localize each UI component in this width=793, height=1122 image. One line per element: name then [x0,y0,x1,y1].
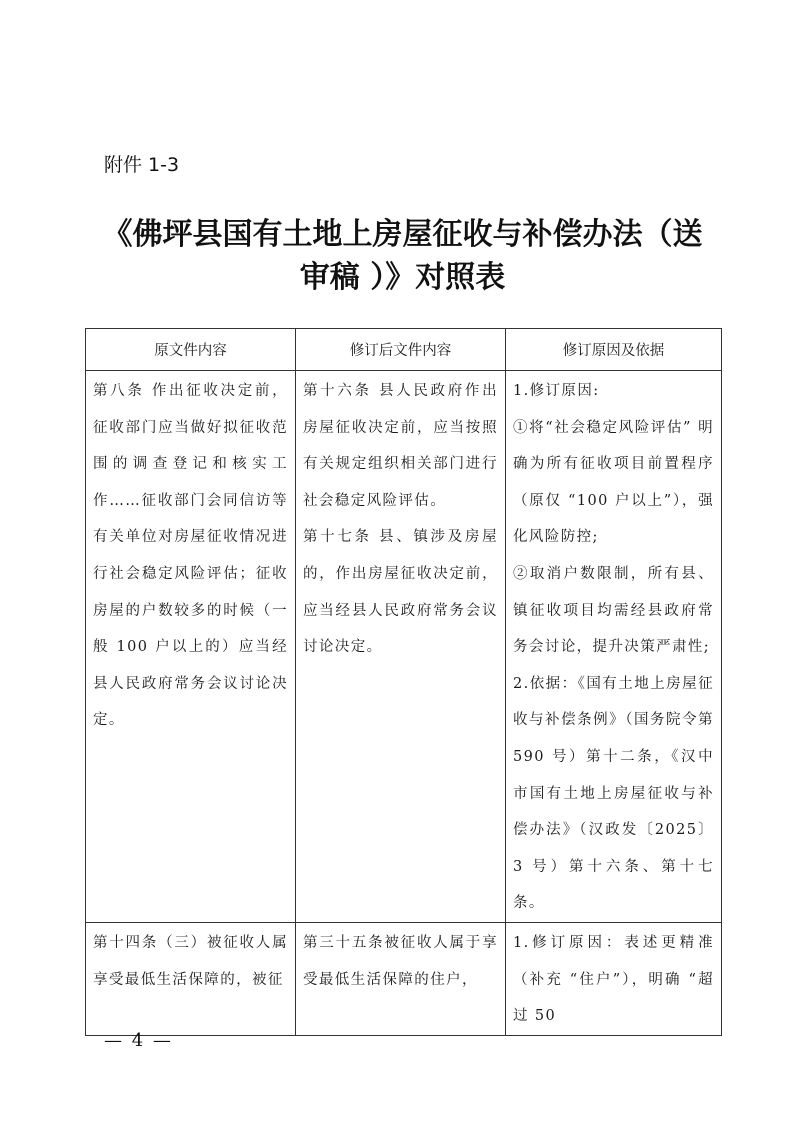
cell-original: 第八条 作出征收决定前，征收部门应当做好拟征收范围的调查登记和核实工作……征收部… [86,371,296,923]
page-number: — 4 — [104,1030,173,1051]
cell-revised: 第三十五条被征收人属于享受最低生活保障的住户， [296,922,506,1035]
header-reason: 修订原因及依据 [506,329,722,371]
paragraph: 2.依据：《国有土地上房屋征收与补偿条例》（国务院令第 590 号）第十二条，《… [513,666,714,922]
table-header-row: 原文件内容 修订后文件内容 修订原因及依据 [86,329,722,371]
paragraph: ②取消户数限制，所有县、镇征收项目均需经县政府常务会讨论，提升决策严肃性; [513,556,714,666]
paragraph: 第八条 作出征收决定前，征收部门应当做好拟征收范围的调查登记和核实工作……征收部… [93,373,288,739]
paragraph: 第十四条（三）被征收人属享受最低生活保障的，被征 [93,925,288,998]
table-row: 第八条 作出征收决定前，征收部门应当做好拟征收范围的调查登记和核实工作……征收部… [86,371,722,923]
comparison-table: 原文件内容 修订后文件内容 修订原因及依据 第八条 作出征收决定前，征收部门应当… [85,328,722,1036]
table-row: 第十四条（三）被征收人属享受最低生活保障的，被征 第三十五条被征收人属于享受最低… [86,922,722,1035]
title-line-2: 审稿 ）》对照表 [85,256,720,299]
cell-reason: 1.修订原因: ①将“社会稳定风险评估” 明确为所有征收项目前置程序（原仅 “1… [506,371,722,923]
title-line-1: 《佛坪县国有土地上房屋征收与补偿办法（送 [85,213,720,256]
paragraph: ①将“社会稳定风险评估” 明确为所有征收项目前置程序（原仅 “100 户以上”）… [513,410,714,556]
header-original: 原文件内容 [86,329,296,371]
paragraph: 1.修订原因：表述更精准（补充 “住户”），明确 “超过 50 [513,925,714,1035]
annex-label: 附件 1-3 [104,150,179,177]
paragraph: 第十七条 县、镇涉及房屋的，作出房屋征收决定前，应当经县人民政府常务会议讨论决定… [303,519,498,665]
paragraph: 1.修订原因: [513,373,714,410]
paragraph: 第十六条 县人民政府作出房屋征收决定前，应当按照有关规定组织相关部门进行社会稳定… [303,373,498,519]
cell-reason: 1.修订原因：表述更精准（补充 “住户”），明确 “超过 50 [506,922,722,1035]
header-revised: 修订后文件内容 [296,329,506,371]
document-title: 《佛坪县国有土地上房屋征收与补偿办法（送 审稿 ）》对照表 [85,213,720,299]
cell-original: 第十四条（三）被征收人属享受最低生活保障的，被征 [86,922,296,1035]
paragraph: 第三十五条被征收人属于享受最低生活保障的住户， [303,925,498,998]
cell-revised: 第十六条 县人民政府作出房屋征收决定前，应当按照有关规定组织相关部门进行社会稳定… [296,371,506,923]
